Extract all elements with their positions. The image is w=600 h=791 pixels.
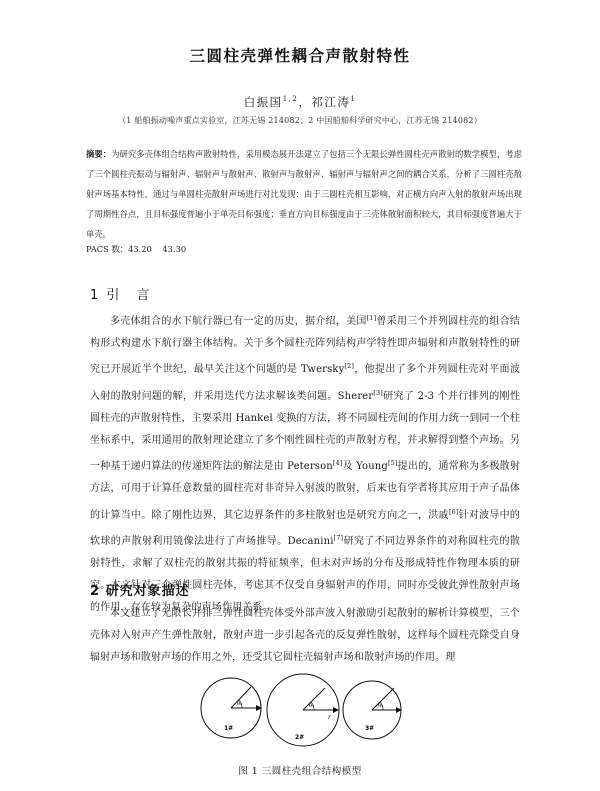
citation-ref: [7] bbox=[334, 534, 344, 542]
pacs-numbers: PACS 数：43.20 43.30 bbox=[86, 243, 186, 255]
introduction-paragraph: 多壳体组合的水下航行器已有一定的历史，据介绍，美国[1]曾采用三个并列圆柱壳的组… bbox=[90, 307, 520, 620]
author-name: 祁江涛 bbox=[311, 95, 350, 109]
section-heading-research-object: 2 研究对象描述 bbox=[90, 580, 190, 599]
author-name: 白振国 bbox=[244, 95, 283, 109]
cylinder-diagram: θ₁ 1# θ₂ r 2# θ₃ 3# bbox=[180, 660, 430, 755]
figure-three-cylinders: θ₁ 1# θ₂ r 2# θ₃ 3# bbox=[180, 660, 430, 755]
citation-ref: [1] bbox=[367, 314, 377, 322]
paragraph-text: 本文建立了无限长并排三弹性圆柱壳体受外部声波入射激励引起散射的解析计算模型，三个… bbox=[90, 608, 520, 663]
abstract-text: 为研究多壳体组合结构声散射特性，采用模态展开法建立了包括三个无限长弹性圆柱壳声散… bbox=[86, 149, 522, 239]
angle-label: θ₁ bbox=[237, 701, 242, 707]
paragraph-text: 研究了不同边界条件的对称圆柱壳的散射特性，求解了双柱壳的散射共振的特征频率，但未… bbox=[90, 536, 520, 614]
cylinder-label: 2# bbox=[295, 734, 304, 741]
paper-title: 三圆柱壳弹性耦合声散射特性 bbox=[0, 44, 600, 66]
abstract-label: 摘要： bbox=[86, 149, 111, 159]
author-affil-sup: 1 bbox=[350, 95, 356, 103]
angle-label: θ₂ bbox=[309, 703, 314, 709]
cylinder-1: θ₁ 1# bbox=[201, 678, 261, 738]
angle-label: θ₃ bbox=[378, 703, 383, 709]
pacs-values: 43.20 43.30 bbox=[128, 244, 186, 254]
author-affil-sup: 1,2 bbox=[283, 95, 299, 103]
section-heading-introduction: 1 引 言 bbox=[90, 284, 151, 303]
figure-caption: 图 1 三圆柱壳组合结构模型 bbox=[0, 763, 600, 777]
cylinder-label: 1# bbox=[224, 725, 233, 732]
author-separator: ， bbox=[298, 95, 311, 109]
paragraph-text: 多壳体组合的水下航行器已有一定的历史，据介绍，美国 bbox=[110, 316, 367, 327]
author-line: 白振国1,2，祁江涛1 bbox=[0, 94, 600, 110]
abstract: 摘要：为研究多壳体组合结构声散射特性，采用模态展开法建立了包括三个无限长弹性圆柱… bbox=[86, 144, 522, 244]
citation-ref: [4] bbox=[333, 459, 343, 467]
citation-ref: [2] bbox=[344, 362, 354, 370]
affiliation: （1 船舶振动噪声重点实验室，江苏无锡 214082；2 中国船舶科学研究中心，… bbox=[0, 115, 600, 126]
pacs-label: PACS 数： bbox=[86, 244, 128, 254]
cylinder-label: 3# bbox=[365, 725, 374, 732]
cylinder-3: θ₃ 3# bbox=[343, 681, 401, 739]
citation-ref: [3] bbox=[373, 389, 383, 397]
paragraph-text: 及 Young bbox=[343, 461, 388, 472]
paragraph-text: 研究了 2-3 个并行排列的刚性圆柱壳的声散射特性，主要采用 Hankel 变换… bbox=[90, 391, 520, 473]
cylinder-2: θ₂ r 2# bbox=[267, 674, 339, 746]
citation-ref: [5] bbox=[388, 459, 398, 467]
radius-label: r bbox=[328, 714, 332, 721]
